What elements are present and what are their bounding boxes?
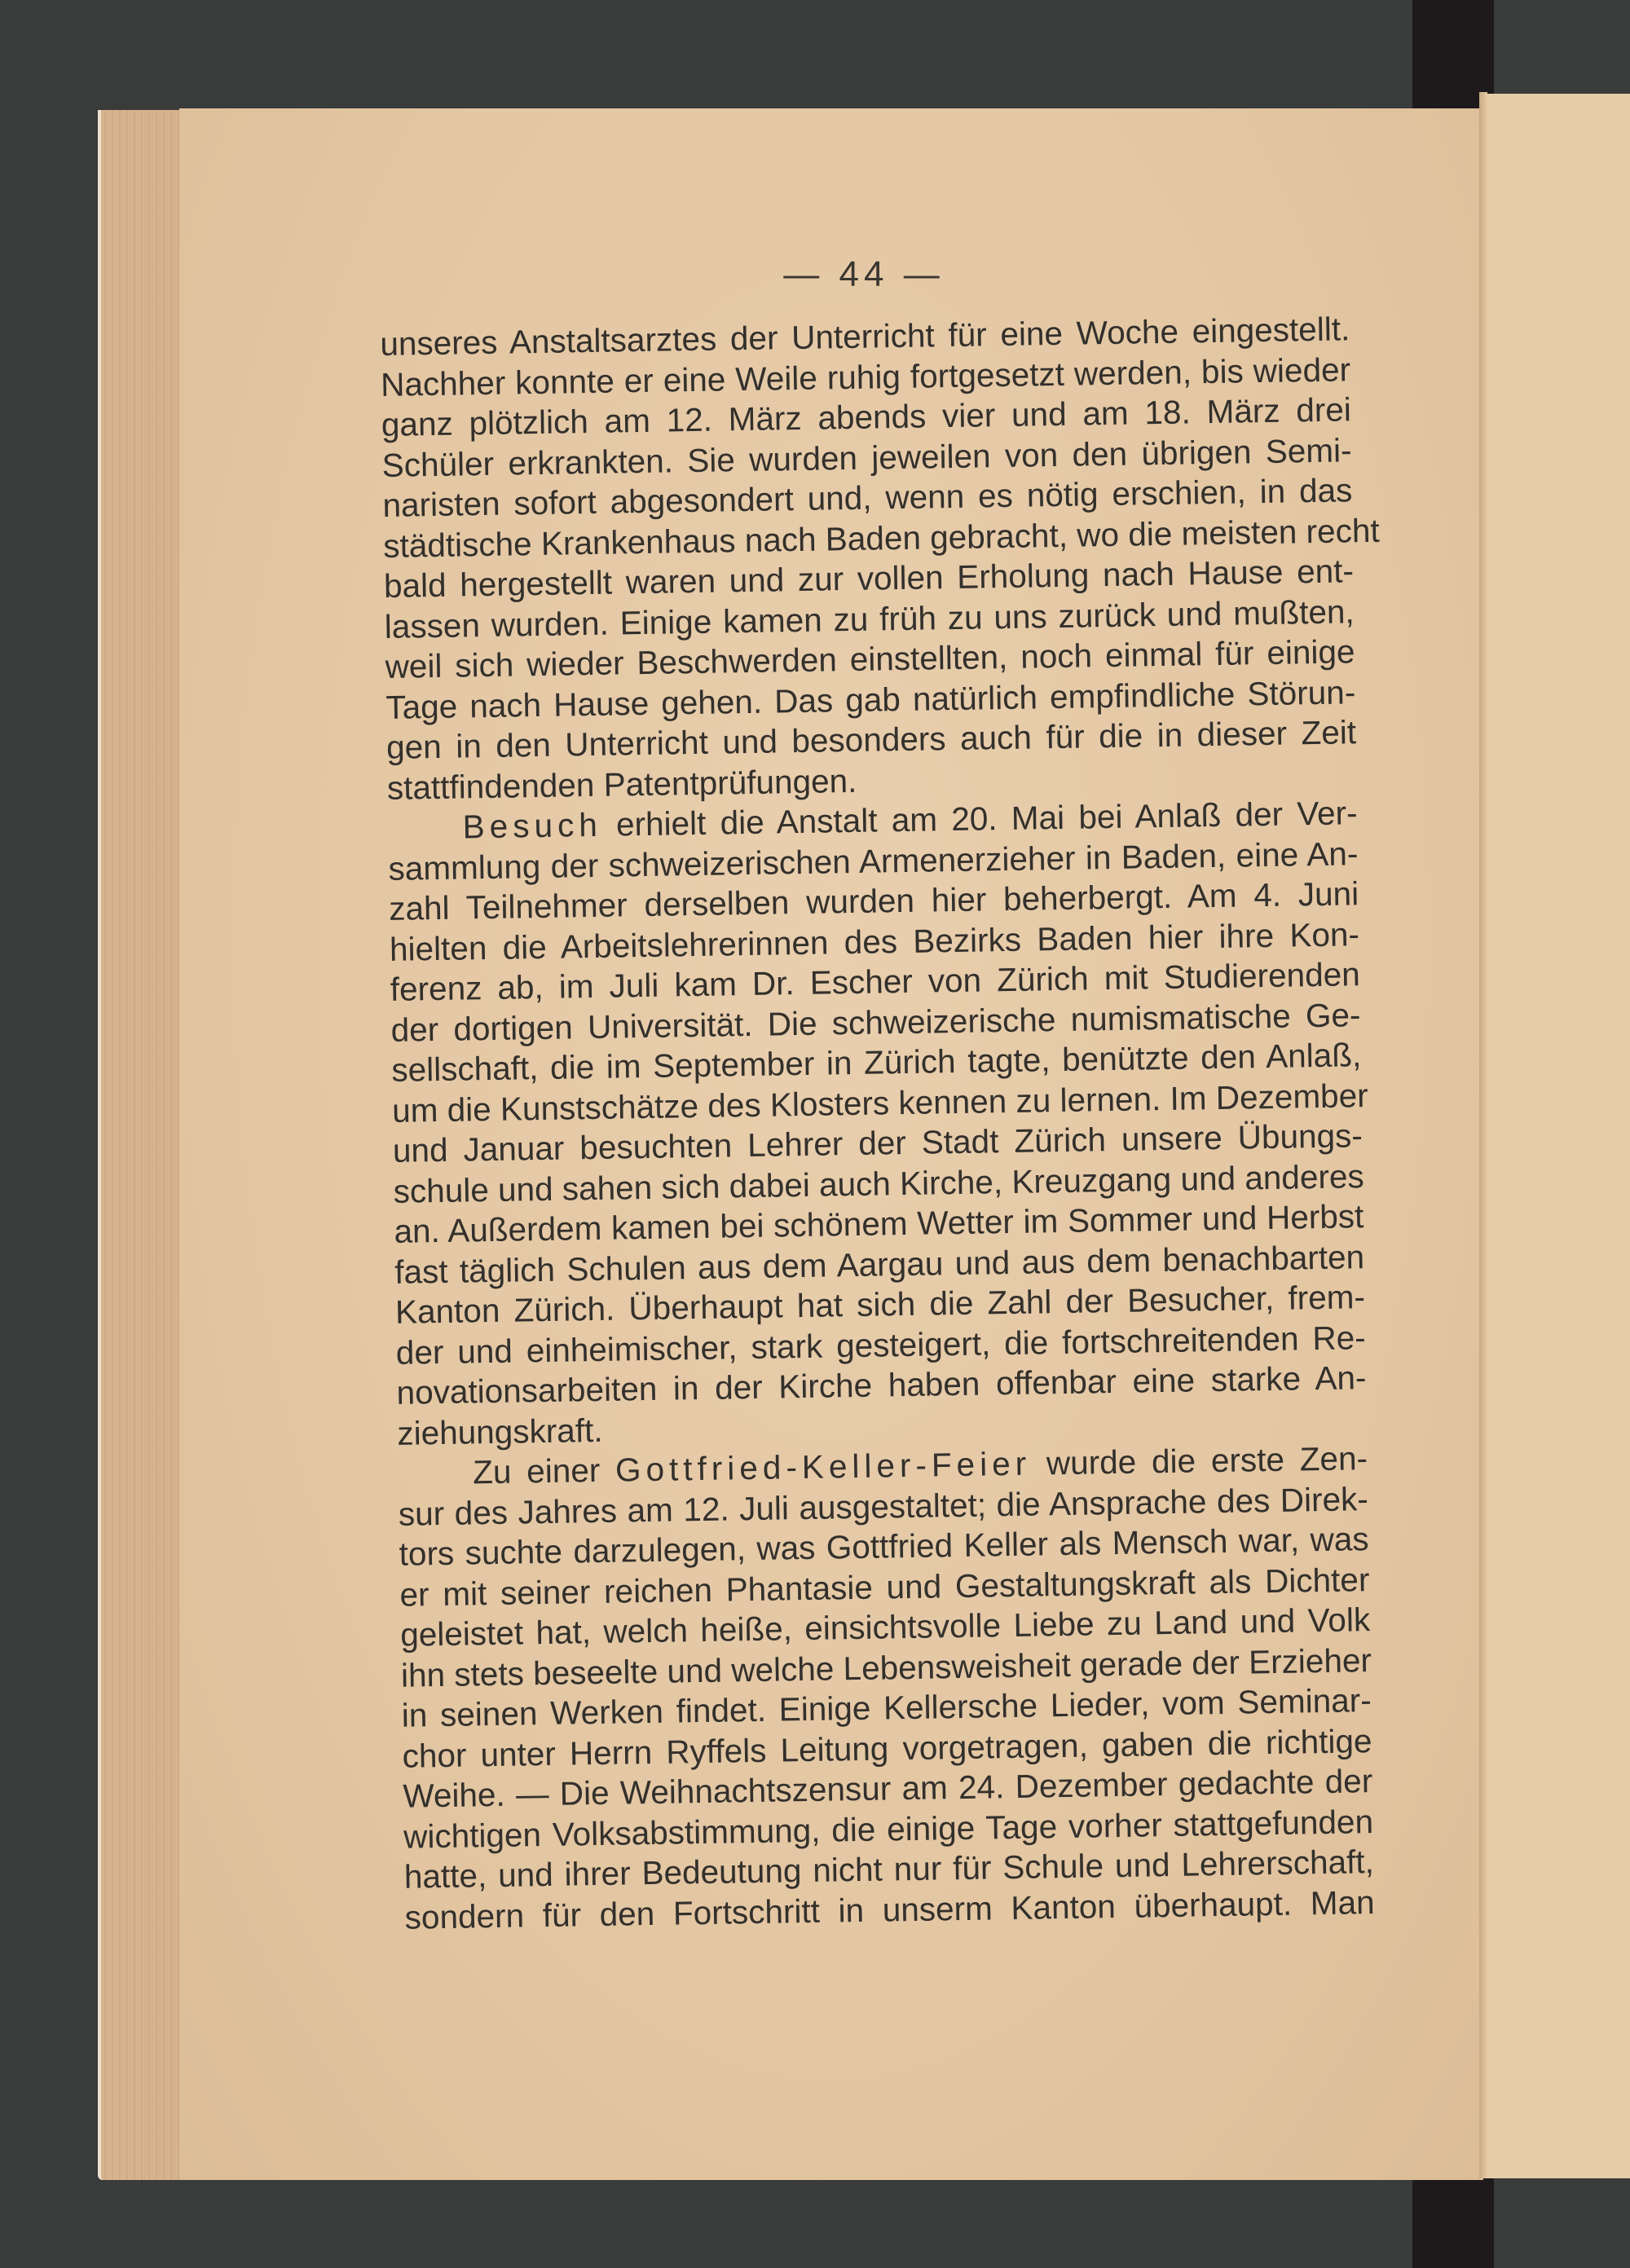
page-edges bbox=[98, 110, 183, 2180]
body-text: unseres Anstaltsarztes der Unterricht fü… bbox=[380, 309, 1375, 1937]
book-gutter bbox=[1479, 92, 1487, 2178]
facing-page-edge bbox=[1487, 94, 1630, 2178]
spaced-heading-word: Besuch bbox=[462, 806, 602, 846]
spaced-heading-word: Gottfried-Keller-Feier bbox=[615, 1445, 1032, 1489]
page-number: — 44 — bbox=[758, 254, 970, 295]
